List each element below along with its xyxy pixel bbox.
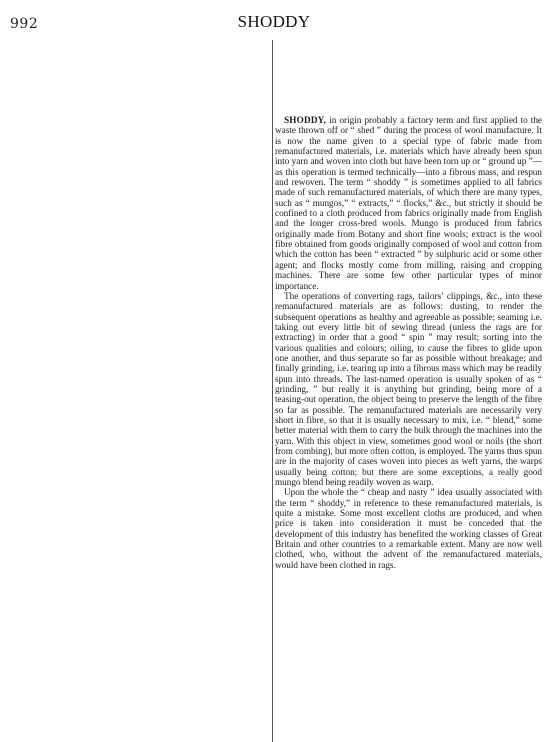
column-divider (272, 40, 273, 742)
article-paragraph: SHODDY, in origin probably a factory ter… (275, 115, 542, 291)
running-head-title: SHODDY (238, 12, 311, 31)
article-shoddy: SHODDY, in origin probably a factory ter… (275, 115, 542, 570)
paragraph-text: in origin probably a factory term and fi… (275, 115, 542, 291)
article-headword: SHODDY, (284, 115, 326, 125)
article-paragraph: Upon the whole the “ cheap and nasty ” i… (275, 487, 542, 570)
article-paragraph: The operations of converting rags, tailo… (275, 291, 542, 488)
running-head: SHODDY (0, 12, 548, 32)
